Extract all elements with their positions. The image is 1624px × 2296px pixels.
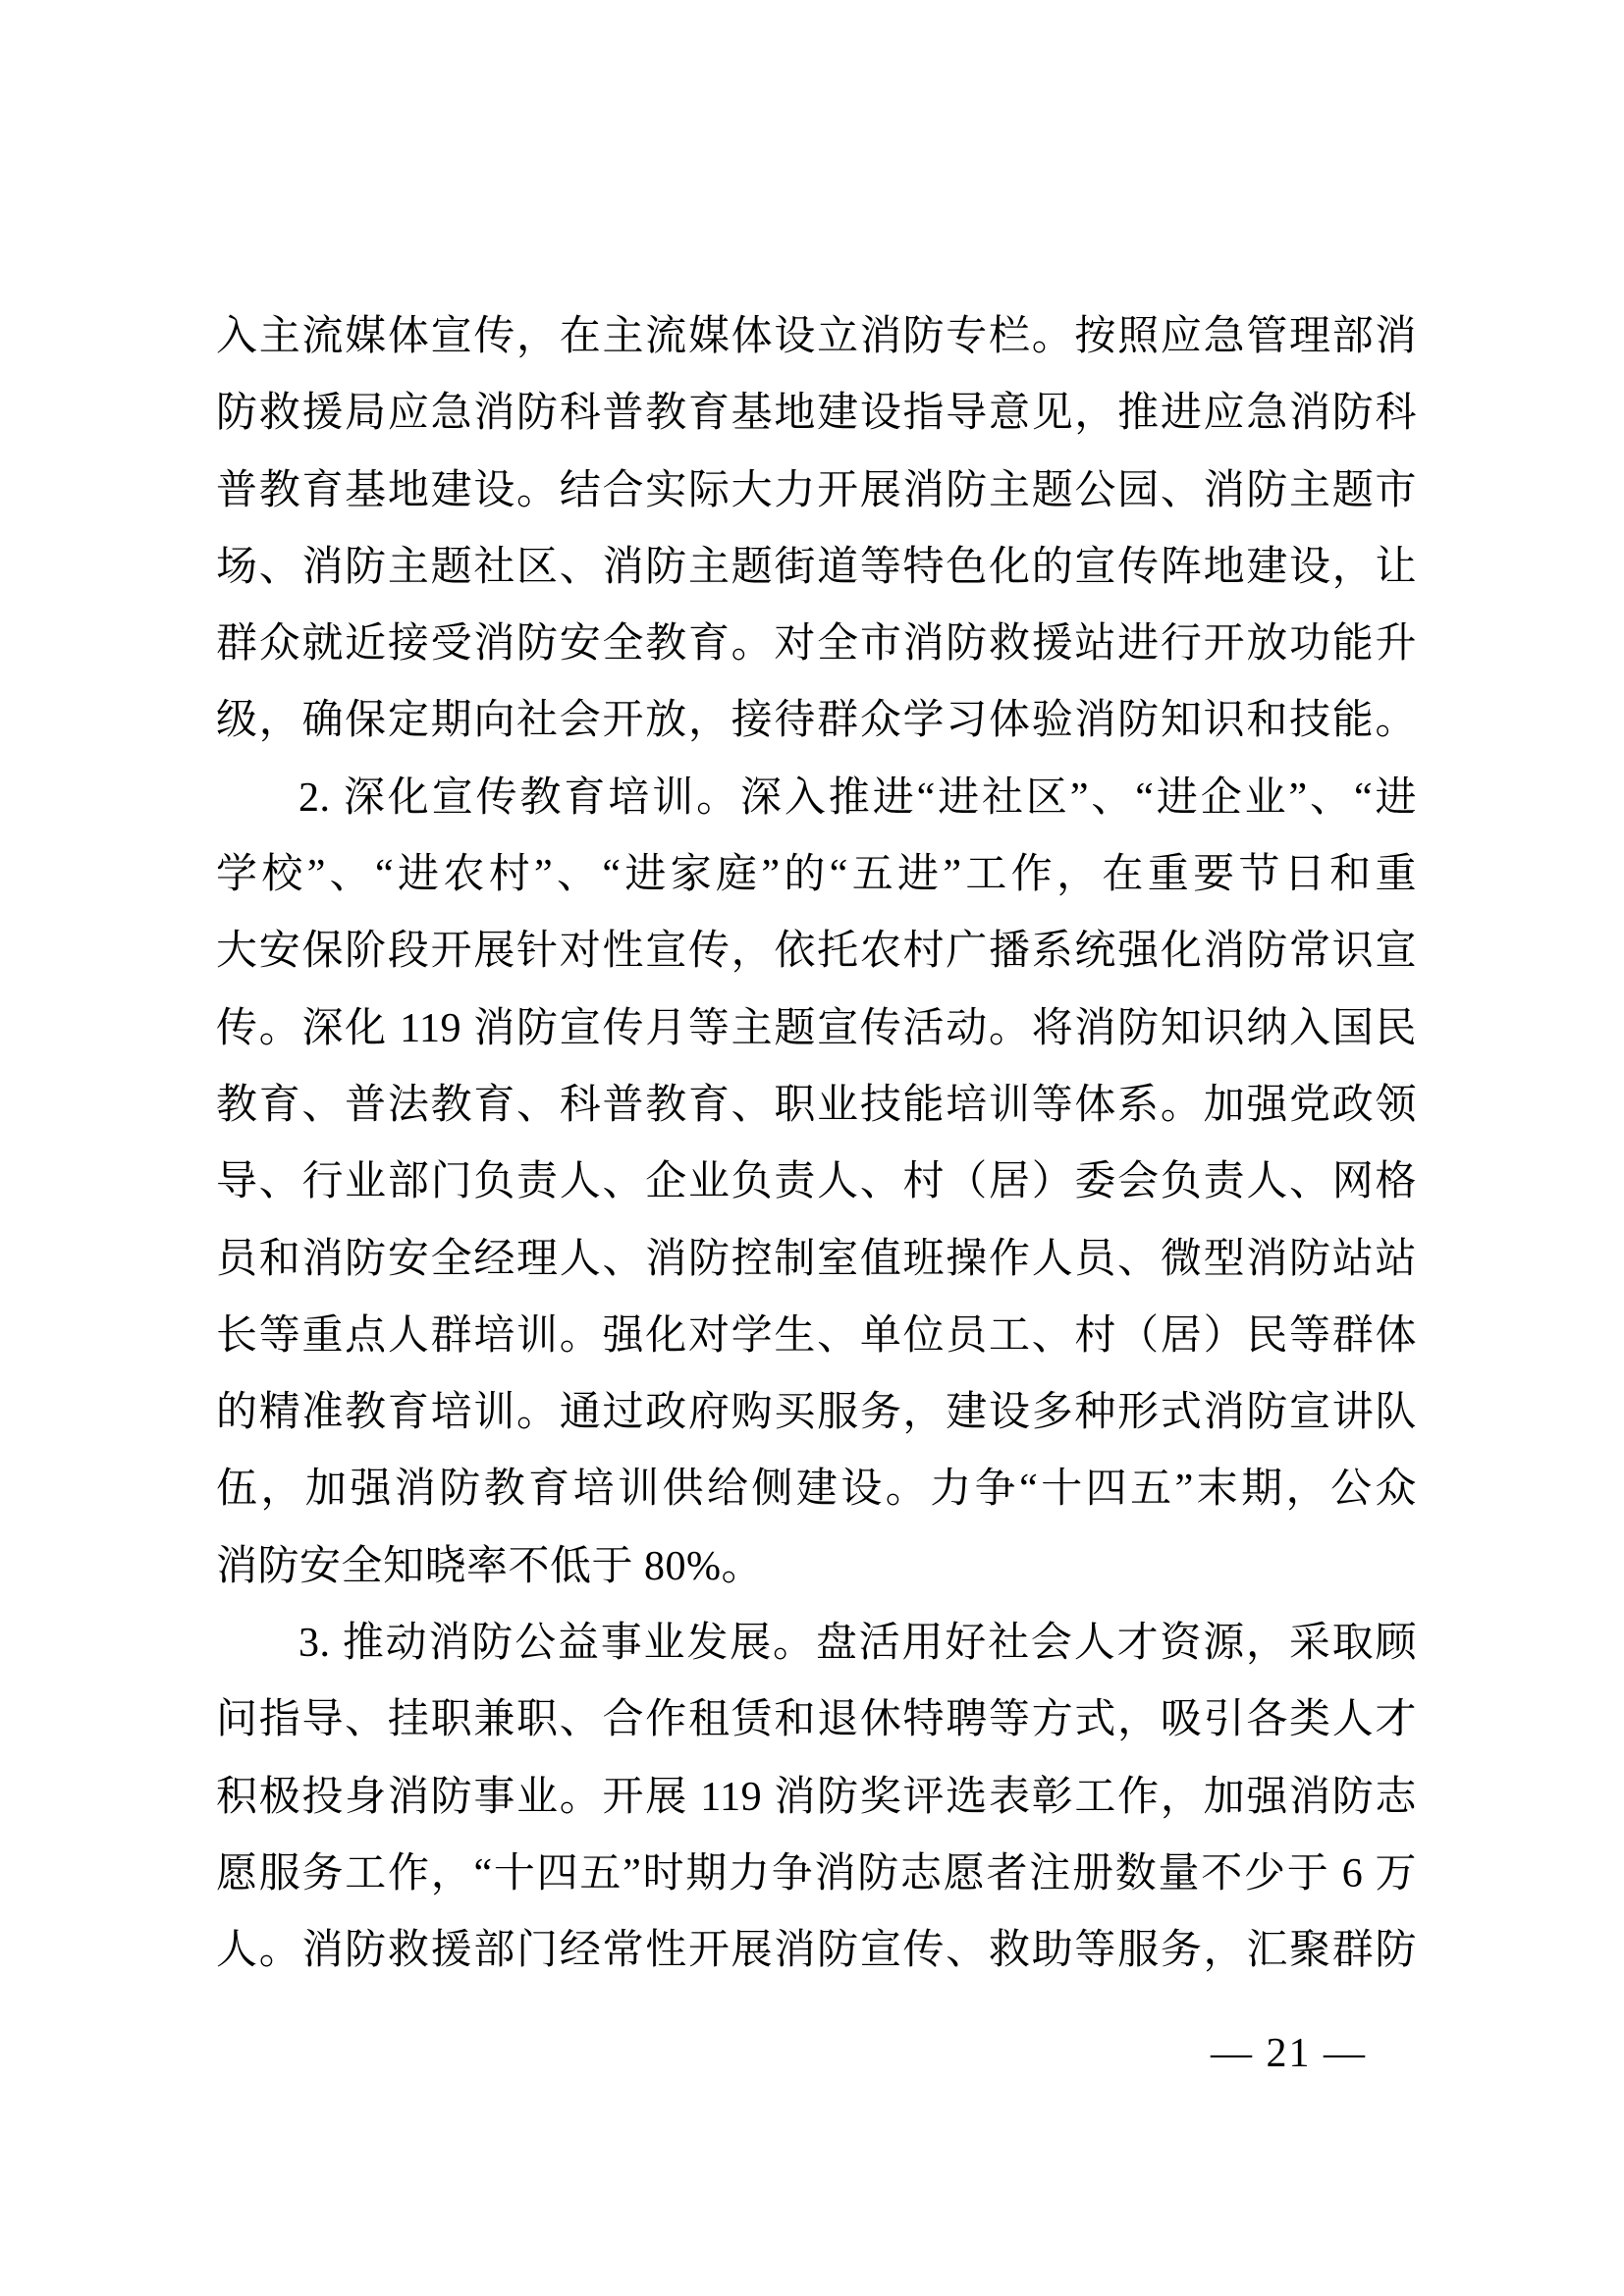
body-text-line: 导、行业部门负责人、企业负责人、村（居）委会负责人、网格 — [216, 1144, 1417, 1220]
body-text-line: 教育、普法教育、科普教育、职业技能培训等体系。加强党政领 — [216, 1067, 1417, 1144]
paragraph-start-line: 2. 深化宣传教育培训。深入推进“进社区”、“进企业”、“进 — [216, 760, 1417, 836]
body-text-line: 防救援局应急消防科普教育基地建设指导意见，推进应急消防科 — [216, 375, 1417, 452]
body-text-line: 员和消防安全经理人、消防控制室值班操作人员、微型消防站站 — [216, 1221, 1417, 1298]
body-text-line: 人。消防救援部门经常性开展消防宣传、救助等服务，汇聚群防 — [216, 1912, 1417, 1989]
body-text-line: 普教育基地建设。结合实际大力开展消防主题公园、消防主题市 — [216, 453, 1417, 529]
body-text-line: 伍，加强消防教育培训供给侧建设。力争“十四五”末期，公众 — [216, 1451, 1417, 1527]
body-text-line: 问指导、挂职兼职、合作租赁和退休特聘等方式，吸引各类人才 — [216, 1682, 1417, 1758]
paragraph-end-line: 消防安全知晓率不低于 80%。 — [216, 1528, 1417, 1605]
body-text-line: 入主流媒体宣传，在主流媒体设立消防专栏。按照应急管理部消 — [216, 298, 1417, 375]
body-text-line: 级，确保定期向社会开放，接待群众学习体验消防知识和技能。 — [216, 682, 1417, 759]
body-text-line: 长等重点人群培训。强化对学生、单位员工、村（居）民等群体 — [216, 1298, 1417, 1374]
document-page: 入主流媒体宣传，在主流媒体设立消防专栏。按照应急管理部消 防救援局应急消防科普教… — [0, 0, 1624, 2296]
paragraph-start-line: 3. 推动消防公益事业发展。盘活用好社会人才资源，采取顾 — [216, 1605, 1417, 1682]
body-text-line: 传。深化 119 消防宣传月等主题宣传活动。将消防知识纳入国民 — [216, 990, 1417, 1067]
body-text-line: 积极投身消防事业。开展 119 消防奖评选表彰工作，加强消防志 — [216, 1759, 1417, 1836]
page-number: — 21 — — [1211, 2031, 1367, 2076]
body-text-line: 场、消防主题社区、消防主题街道等特色化的宣传阵地建设，让 — [216, 529, 1417, 606]
body-text-line: 学校”、“进农村”、“进家庭”的“五进”工作，在重要节日和重 — [216, 836, 1417, 913]
body-text-line: 愿服务工作，“十四五”时期力争消防志愿者注册数量不少于 6 万 — [216, 1836, 1417, 1912]
body-text-line: 的精准教育培训。通过政府购买服务，建设多种形式消防宣讲队 — [216, 1374, 1417, 1451]
body-text-line: 大安保阶段开展针对性宣传，依托农村广播系统强化消防常识宣 — [216, 913, 1417, 989]
body-text-block: 入主流媒体宣传，在主流媒体设立消防专栏。按照应急管理部消 防救援局应急消防科普教… — [216, 298, 1417, 1990]
body-text-line: 群众就近接受消防安全教育。对全市消防救援站进行开放功能升 — [216, 606, 1417, 682]
page-footer: — 21 — — [1211, 2030, 1367, 2077]
